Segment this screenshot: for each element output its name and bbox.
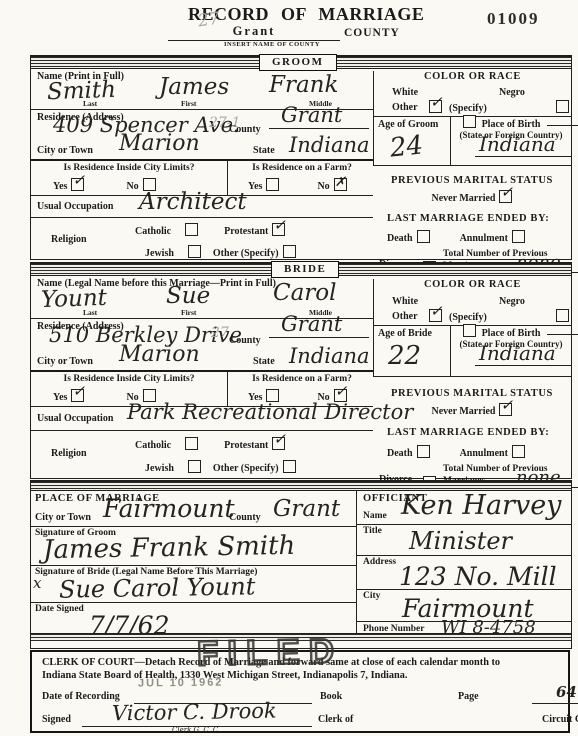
groom-county-value: Grant	[281, 105, 342, 126]
bride-race-box: COLOR OR RACE White ✓ Negro Other (Speci…	[373, 279, 571, 326]
groom-city-row: City or Town Marion State Indiana	[31, 137, 373, 161]
certificate-number-stamp: 01009	[487, 9, 540, 29]
bride-white-checkbox: ✓	[429, 309, 442, 322]
groom-never-married-checkbox: ✓	[499, 190, 512, 203]
county-name-field: Grant	[168, 24, 340, 41]
groom-marital-area: PREVIOUS MARITAL STATUS Never Married ✓ …	[373, 175, 571, 269]
groom-jewish-checkbox	[188, 245, 201, 258]
bride-farm-question: Is Residence on a Farm?	[232, 374, 372, 384]
clerk-of-label: Clerk of	[318, 714, 353, 725]
jewish-label: Jewish	[145, 248, 174, 259]
bride-state-label: State	[253, 356, 275, 367]
last-marriage-heading: LAST MARRIAGE ENDED BY:	[387, 213, 571, 224]
groom-age-label: Age of Groom	[378, 119, 438, 130]
bride-county-label: County	[229, 335, 261, 346]
bride-religion-other-checkbox	[283, 460, 296, 473]
bride-city-limits-question: Is Residence Inside City Limits?	[31, 374, 227, 384]
date-of-recording-label: Date of Recording	[42, 691, 120, 702]
officiant-city-label: City	[363, 591, 380, 601]
clerk-signature-value: Victor C. Drook	[112, 701, 277, 725]
groom-age-cell: Age of Groom 24	[374, 117, 451, 165]
place-officiant-section: PLACE OF MARRIAGE City or Town Fairmount…	[30, 480, 572, 649]
groom-religion-other-checkbox	[283, 245, 296, 258]
bride-signature-value: Sue Carol Yount	[59, 574, 256, 601]
bride-last-name-value: Yount	[41, 287, 108, 312]
clerk-heading: CLERK OF COURT	[42, 657, 135, 668]
bride-age-label: Age of Bride	[378, 328, 432, 339]
groom-middle-name-value: Frank	[269, 74, 338, 97]
bride-birthplace-value: Indiana	[479, 343, 556, 363]
groom-state-label: State	[253, 145, 275, 156]
signed-label: Signed	[42, 714, 71, 725]
bride-religion-row: Religion Catholic Protestant ✓ Jewish Ot…	[31, 431, 373, 477]
clerk-signature-field: Victor C. Drook Clerk G. C. C.	[82, 714, 312, 727]
groom-birthplace-cell: Place of Birth (State or Foreign Country…	[451, 117, 571, 165]
groom-religion-label: Religion	[51, 234, 87, 245]
first-sublabel: First	[181, 308, 196, 317]
check-mark: ✓	[72, 171, 85, 189]
groom-last-name-value: Smith	[47, 79, 117, 104]
groom-farm-no-checkbox: ✗	[334, 178, 347, 191]
yes-label: Yes	[248, 181, 262, 192]
groom-occupation-value: Architect	[139, 191, 247, 214]
groom-protestant-checkbox: ✓	[272, 223, 285, 236]
bride-city-value: Marion	[119, 344, 200, 366]
bride-section: BRIDE Name (Legal Name before this Marri…	[30, 262, 572, 479]
clerk-signature-subtext: Clerk G. C. C.	[172, 727, 220, 734]
groom-occupation-label: Usual Occupation	[37, 201, 113, 212]
groom-city-limits-yes-checkbox: ✓	[71, 178, 84, 191]
bride-city-limits-yes-checkbox: ✓	[71, 389, 84, 402]
bride-jewish-checkbox	[188, 460, 201, 473]
other-specify-label: Other (Specify)	[213, 248, 279, 259]
groom-first-name-value: James	[159, 76, 229, 99]
groom-farm-yes-checkbox	[266, 178, 279, 191]
bride-state-value: Indiana	[289, 346, 370, 367]
bride-marital-area: PREVIOUS MARITAL STATUS Never Married ✓ …	[373, 388, 571, 491]
bride-city-row: City or Town Marion State Indiana	[31, 348, 373, 372]
book-field: 64	[532, 692, 578, 704]
groom-birthplace-field: Indiana	[475, 138, 571, 157]
groom-county-label: County	[229, 124, 261, 135]
place-county-value: Grant	[273, 498, 340, 521]
bride-birthplace-cell: Place of Birth (State or Foreign Country…	[451, 326, 571, 376]
bride-occupation-value: Park Recreational Director	[127, 402, 413, 423]
yes-label: Yes	[53, 181, 67, 192]
never-married-label: Never Married	[432, 193, 496, 204]
groom-age-value: 24	[389, 132, 425, 161]
prev-marital-heading: PREVIOUS MARITAL STATUS	[373, 175, 571, 186]
bride-death-checkbox	[417, 445, 430, 458]
filed-date-stamp: JUL 10 1962	[138, 677, 224, 690]
protestant-label: Protestant	[224, 226, 268, 237]
bride-annulment-checkbox	[512, 445, 525, 458]
groom-white-checkbox: ✓	[429, 100, 442, 113]
officiant-name-row: Name Ken Harvey	[357, 504, 571, 525]
page-title: RECORD OF MARRIAGE	[188, 4, 424, 25]
place-city-value: Fairmount	[103, 496, 235, 521]
groom-right-column: COLOR OR RACE White ✓ Negro Other (Speci…	[373, 69, 571, 258]
groom-city-limits-question: Is Residence Inside City Limits?	[31, 163, 227, 173]
officiant-name-value: Ken Harvey	[401, 492, 561, 519]
groom-city-label: City or Town	[37, 145, 93, 156]
groom-death-checkbox	[417, 230, 430, 243]
place-city-row: City or Town Fairmount County Grant	[31, 504, 356, 527]
groom-age-birth-box: Age of Groom 24 Place of Birth (State or…	[373, 117, 571, 166]
bride-religion-label: Religion	[51, 448, 87, 459]
bride-occupation-row: Usual Occupation Park Recreational Direc…	[31, 407, 373, 431]
annulment-label: Annulment	[460, 233, 508, 244]
circuit-court-label: Circuit Court	[542, 714, 578, 725]
death-label: Death	[387, 233, 413, 244]
bride-pencil-annotation: 27	[211, 325, 229, 341]
groom-farm-cell: Is Residence on a Farm? Yes No ✗	[232, 161, 372, 195]
officiant-title-value: Minister	[409, 529, 512, 553]
groom-farm-question: Is Residence on a Farm?	[232, 163, 372, 173]
catholic-label: Catholic	[135, 226, 171, 237]
groom-section: GROOM Name (Print in Full) Smith James F…	[30, 55, 572, 260]
last-sublabel: Last	[83, 308, 97, 317]
form-header: RECORD OF MARRIAGE 27 01009 Grant COUNTY…	[0, 0, 578, 19]
groom-state-value: Indiana	[289, 135, 370, 156]
bride-middle-name-value: Carol	[273, 282, 337, 305]
officiant-title-label: Title	[363, 526, 382, 536]
bride-signature-row: Signature of Bride (Legal Name Before Th…	[31, 566, 356, 603]
bride-first-name-value: Sue	[166, 285, 210, 308]
date-signed-label: Date Signed	[35, 604, 84, 614]
groom-occupation-row: Usual Occupation Architect	[31, 196, 373, 218]
birthplace-label: Place of Birth	[451, 119, 571, 130]
first-sublabel: First	[181, 99, 196, 108]
page-label: Page	[458, 691, 479, 702]
white-label: White	[392, 87, 418, 98]
groom-city-value: Marion	[119, 133, 200, 155]
place-column: PLACE OF MARRIAGE City or Town Fairmount…	[31, 491, 356, 633]
bride-catholic-checkbox	[185, 437, 198, 450]
groom-signature-value: James Frank Smith	[43, 533, 296, 563]
groom-annulment-checkbox	[512, 230, 525, 243]
bride-age-cell: Age of Bride 22	[374, 326, 451, 376]
officiant-address-value: 123 No. Mill	[399, 564, 557, 589]
bride-occupation-label: Usual Occupation	[37, 413, 113, 424]
groom-county-field: Grant	[269, 108, 369, 129]
bride-birthplace-field: Indiana	[475, 347, 571, 366]
officiant-title-row: Title Minister	[357, 525, 571, 556]
no-label: No	[126, 181, 138, 192]
bride-protestant-checkbox: ✓	[272, 437, 285, 450]
groom-band: GROOM	[31, 55, 571, 69]
bride-city-label: City or Town	[37, 356, 93, 367]
groom-race-box: COLOR OR RACE White ✓ Negro Other (Speci…	[373, 71, 571, 117]
signed-row: Signed Victor C. Drook Clerk G. C. C. Cl…	[42, 708, 558, 732]
bride-county-value: Grant	[281, 314, 342, 335]
bride-never-married-checkbox: ✓	[499, 403, 512, 416]
officiant-name-label: Name	[363, 511, 387, 521]
book-value: 64	[556, 685, 577, 700]
groom-birthplace-value: Indiana	[479, 134, 556, 154]
bride-right-column: COLOR OR RACE White ✓ Negro Other (Speci…	[373, 276, 571, 477]
place-county-label: County	[229, 512, 261, 523]
place-city-label: City or Town	[35, 512, 91, 523]
officiant-address-label: Address	[363, 557, 396, 567]
county-hint: INSERT NAME OF COUNTY	[224, 41, 320, 48]
officiant-column: OFFICIANT Name Ken Harvey Title Minister…	[356, 491, 571, 633]
bride-band: BRIDE	[31, 262, 571, 276]
other-label: Other	[392, 102, 418, 113]
filed-stamp: FILED	[197, 631, 344, 674]
negro-label: Negro	[499, 87, 525, 98]
book-label: Book	[320, 691, 342, 702]
bride-signature-x-mark: x	[33, 576, 41, 591]
no-label: No	[317, 181, 329, 192]
groom-religion-row: Religion Catholic Protestant ✓ Jewish Ot…	[31, 218, 373, 262]
bride-age-value: 22	[388, 343, 421, 369]
officiant-address-row: Address 123 No. Mill	[357, 556, 571, 590]
county-label: COUNTY	[344, 27, 400, 39]
groom-negro-checkbox	[556, 100, 569, 113]
bride-county-field: Grant	[269, 317, 369, 338]
groom-signature-row: Signature of Groom James Frank Smith	[31, 527, 356, 566]
groom-catholic-checkbox	[185, 223, 198, 236]
bride-negro-checkbox	[556, 309, 569, 322]
bride-age-birth-box: Age of Bride 22 Place of Birth (State or…	[373, 326, 571, 377]
last-sublabel: Last	[83, 99, 97, 108]
race-heading: COLOR OR RACE	[374, 71, 571, 82]
specify-label: (Specify)	[449, 103, 487, 114]
